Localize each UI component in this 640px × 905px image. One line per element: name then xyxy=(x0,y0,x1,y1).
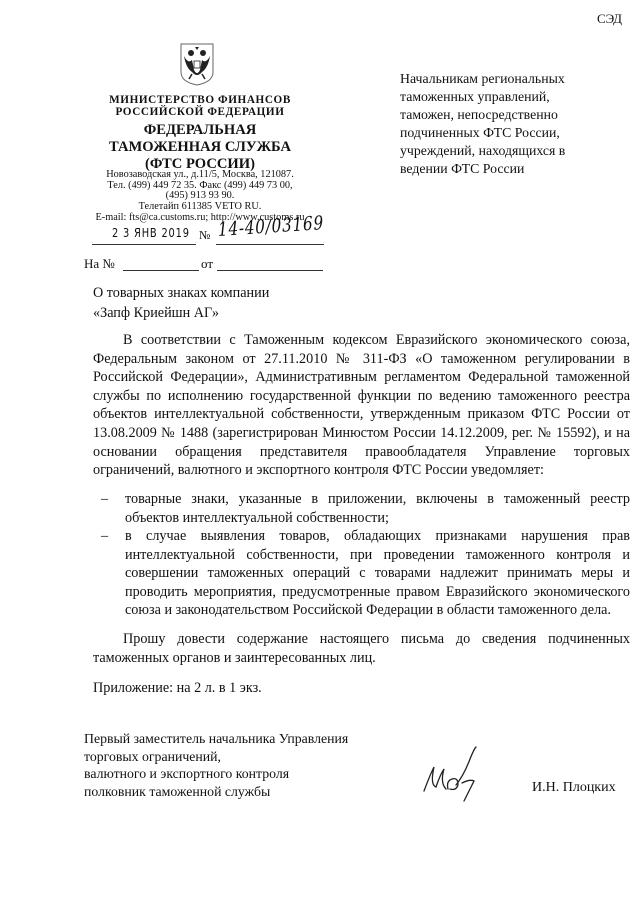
addressee-line: учреждений, находящихся в xyxy=(400,142,630,160)
letter-subject: О товарных знаках компании «Запф Криейшн… xyxy=(93,284,269,323)
body-paragraph-2: Прошу довести содержание настоящего пись… xyxy=(93,630,630,667)
dash-bullet-icon: – xyxy=(101,490,108,509)
reference-number-blank xyxy=(123,270,199,271)
ministry-line: МИНИСТЕРСТВО ФИНАНСОВ xyxy=(82,94,318,106)
date-underline xyxy=(92,244,196,245)
corner-mark: СЭД xyxy=(597,11,622,27)
ministry-name: МИНИСТЕРСТВО ФИНАНСОВ РОССИЙСКОЙ ФЕДЕРАЦ… xyxy=(82,94,318,118)
bullet-item-1: – товарные знаки, указанные в приложении… xyxy=(101,490,630,527)
agency-name: ФЕДЕРАЛЬНАЯ ТАМОЖЕННАЯ СЛУЖБА (ФТС РОССИ… xyxy=(82,122,318,173)
attachment-note: Приложение: на 2 л. в 1 экз. xyxy=(93,680,262,697)
position-line: полковник таможенной службы xyxy=(84,783,348,801)
agency-line: ФЕДЕРАЛЬНАЯ xyxy=(82,122,318,139)
addressee-line: ведении ФТС России xyxy=(400,160,630,178)
addressee-line: подчиненных ФТС России, xyxy=(400,124,630,142)
bullet-text: товарные знаки, указанные в приложении, … xyxy=(125,491,630,526)
number-underline xyxy=(216,244,324,245)
bullet-item-2: – в случае выявления товаров, обладающих… xyxy=(101,527,630,620)
handwritten-signature-icon xyxy=(420,745,500,805)
reference-date-blank xyxy=(217,270,323,271)
registration-date-stamp: 2 3 ЯНВ 2019 xyxy=(112,226,190,240)
subject-line: «Запф Криейшн АГ» xyxy=(93,304,269,324)
addressee-line: таможен, непосредственно xyxy=(400,106,630,124)
dash-bullet-icon: – xyxy=(101,527,108,546)
signer-name: И.Н. Плоцких xyxy=(532,780,616,796)
position-line: валютного и экспортного контроля xyxy=(84,765,348,783)
addressee-block: Начальникам региональных таможенных упра… xyxy=(400,70,630,178)
bullet-text: в случае выявления товаров, обладающих п… xyxy=(125,528,630,618)
signer-position: Первый заместитель начальника Управления… xyxy=(84,730,348,800)
position-line: торговых ограничений, xyxy=(84,748,348,766)
position-line: Первый заместитель начальника Управления xyxy=(84,730,348,748)
coat-of-arms-icon xyxy=(178,42,216,86)
addressee-line: таможенных управлений, xyxy=(400,88,630,106)
ministry-line: РОССИЙСКОЙ ФЕДЕРАЦИИ xyxy=(82,106,318,118)
registration-number-label: № xyxy=(199,228,210,243)
reference-number-label: На № xyxy=(84,256,115,272)
body-paragraph-1: В соответствии с Таможенным кодексом Евр… xyxy=(93,331,630,480)
subject-line: О товарных знаках компании xyxy=(93,284,269,304)
addressee-line: Начальникам региональных xyxy=(400,70,630,88)
agency-line: ТАМОЖЕННАЯ СЛУЖБА xyxy=(82,139,318,156)
reference-date-label: от xyxy=(201,256,213,272)
